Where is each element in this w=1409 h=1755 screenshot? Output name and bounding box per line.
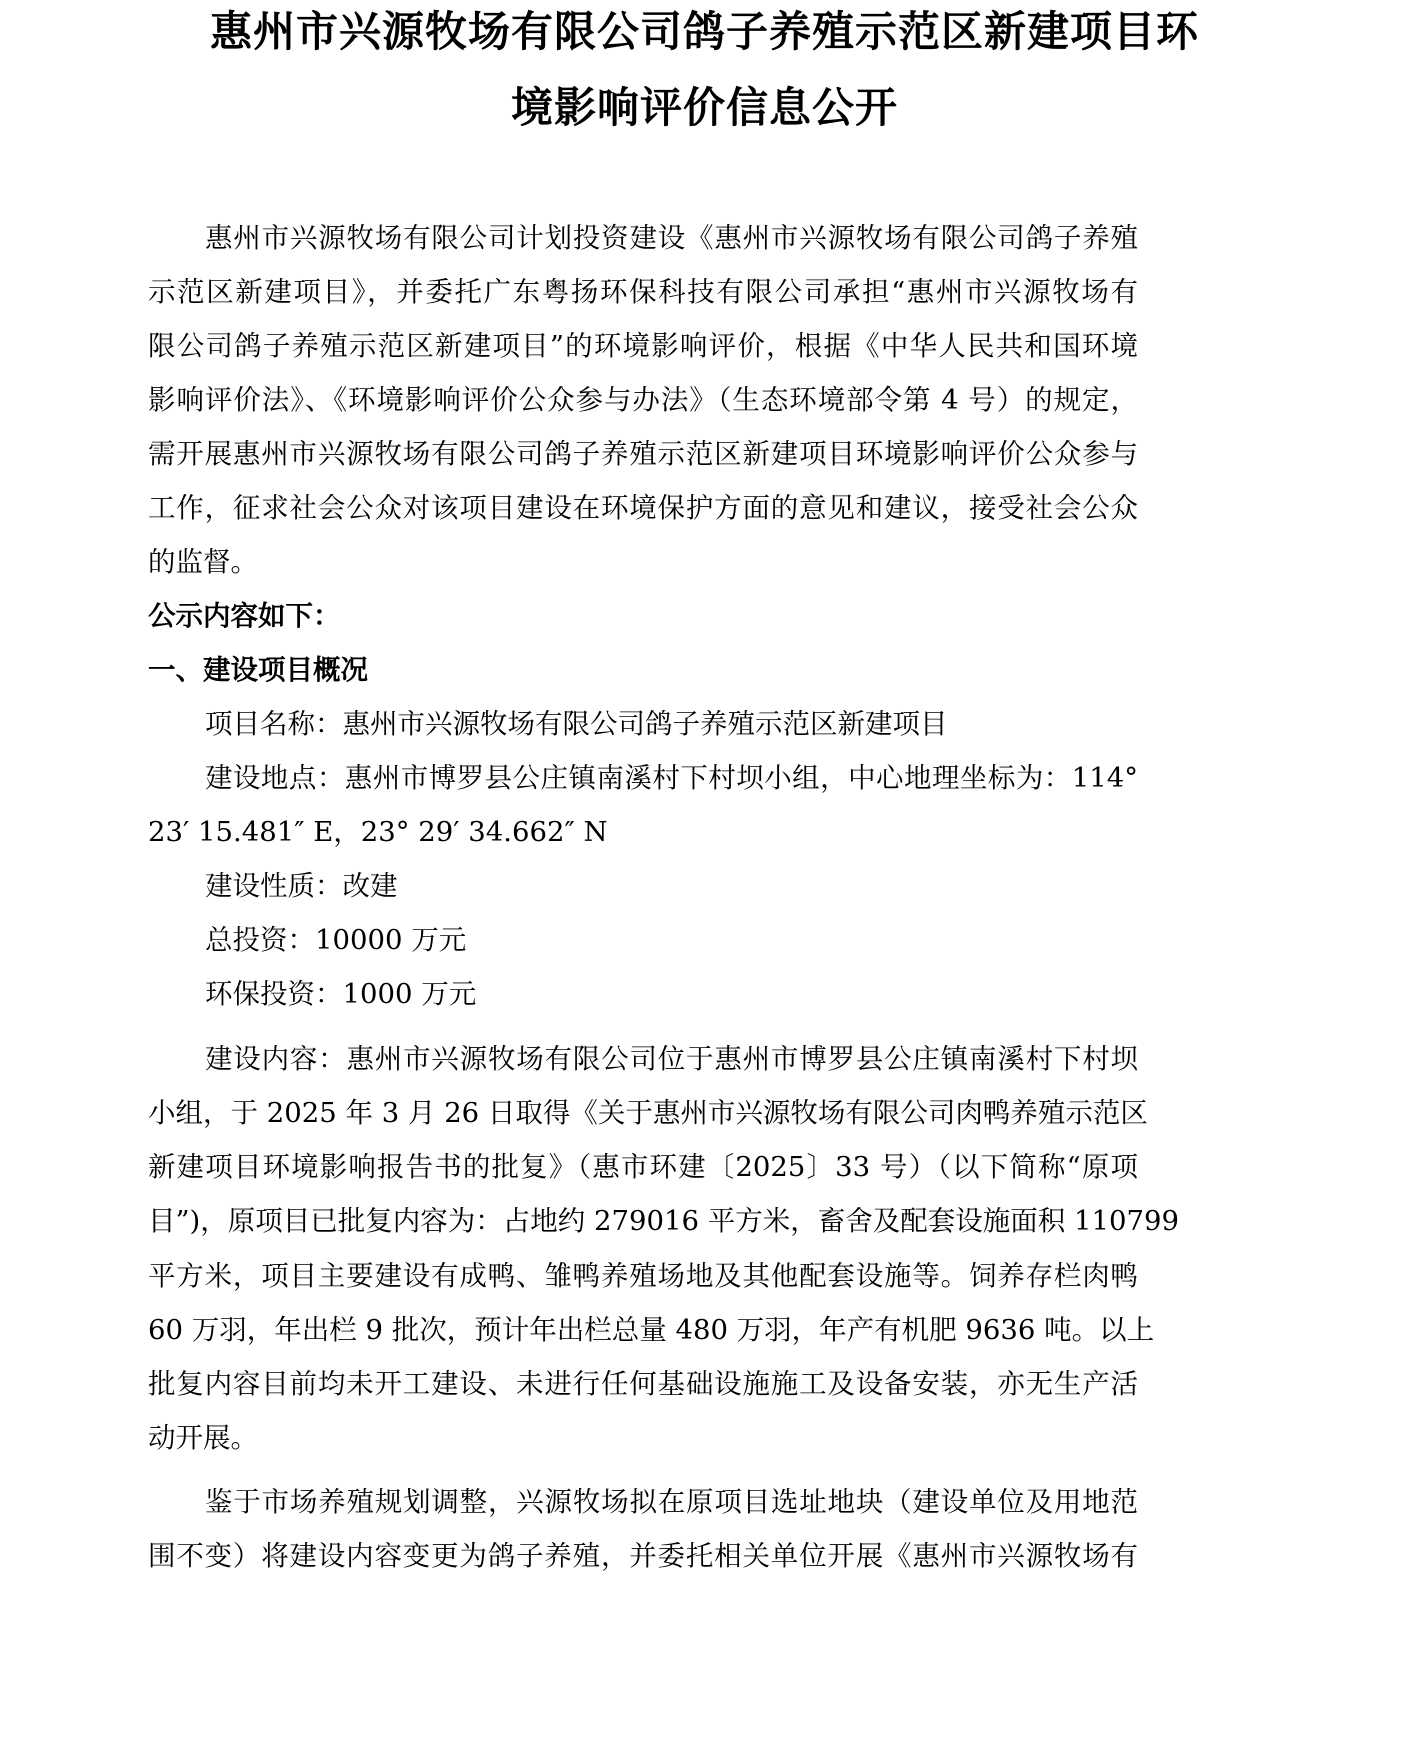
content-line: 建设内容：惠州市兴源牧场有限公司位于惠州市博罗县公庄镇南溪村下村坝 (205, 1039, 1138, 1079)
adjustment-line: 围不变）将建设内容变更为鸽子养殖，并委托相关单位开展《惠州市兴源牧场有 (148, 1536, 1138, 1576)
content-line: 平方米，项目主要建设有成鸭、雏鸭养殖场地及其他配套设施等。饲养存栏肉鸭 (148, 1256, 1138, 1296)
location-line: 23′ 15.481″ E，23° 29′ 34.662″ N (148, 812, 1138, 852)
intro-line: 惠州市兴源牧场有限公司计划投资建设《惠州市兴源牧场有限公司鸽子养殖 (205, 218, 1138, 258)
notice-heading: 公示内容如下： (148, 596, 1138, 636)
project-name: 项目名称：惠州市兴源牧场有限公司鸽子养殖示范区新建项目 (205, 704, 1138, 744)
intro-line: 示范区新建项目》，并委托广东粤扬环保科技有限公司承担“惠州市兴源牧场有 (148, 272, 1138, 312)
content-line: 60 万羽，年出栏 9 批次，预计年出栏总量 480 万羽，年产有机肥 9636… (148, 1310, 1138, 1350)
content-line: 批复内容目前均未开工建设、未进行任何基础设施施工及设备安装，亦无生产活 (148, 1364, 1138, 1404)
content-line: 新建项目环境影响报告书的批复》（惠市环建〔2025〕33 号）（以下简称“原项 (148, 1147, 1138, 1187)
section-heading-project-overview: 一、建设项目概况 (148, 650, 1138, 690)
env-investment: 环保投资：1000 万元 (205, 974, 1138, 1014)
intro-line: 需开展惠州市兴源牧场有限公司鸽子养殖示范区新建项目环境影响评价公众参与 (148, 434, 1138, 474)
intro-line: 工作，征求社会公众对该项目建设在环境保护方面的意见和建议，接受社会公众 (148, 488, 1138, 528)
content-line: 目”)，原项目已批复内容为：占地约 279016 平方米，畜舍及配套设施面积 1… (148, 1201, 1138, 1241)
intro-line: 限公司鸽子养殖示范区新建项目”的环境影响评价，根据《中华人民共和国环境 (148, 326, 1138, 366)
document-title-line-1: 惠州市兴源牧场有限公司鸽子养殖示范区新建项目环 (0, 2, 1409, 62)
total-investment: 总投资：10000 万元 (205, 920, 1138, 960)
construction-nature: 建设性质：改建 (205, 866, 1138, 906)
content-line: 动开展。 (148, 1418, 1138, 1458)
document-page: 惠州市兴源牧场有限公司鸽子养殖示范区新建项目环 境影响评价信息公开 惠州市兴源牧… (0, 0, 1409, 1755)
document-title-line-2: 境影响评价信息公开 (0, 78, 1409, 138)
adjustment-line: 鉴于市场养殖规划调整，兴源牧场拟在原项目选址地块（建设单位及用地范 (205, 1482, 1138, 1522)
content-line: 小组，于 2025 年 3 月 26 日取得《关于惠州市兴源牧场有限公司肉鸭养殖… (148, 1093, 1138, 1133)
location-line: 建设地点：惠州市博罗县公庄镇南溪村下村坝小组，中心地理坐标为：114° (205, 758, 1138, 798)
intro-line: 影响评价法》、《环境影响评价公众参与办法》（生态环境部令第 4 号）的规定， (148, 380, 1138, 420)
intro-line: 的监督。 (148, 542, 1138, 582)
